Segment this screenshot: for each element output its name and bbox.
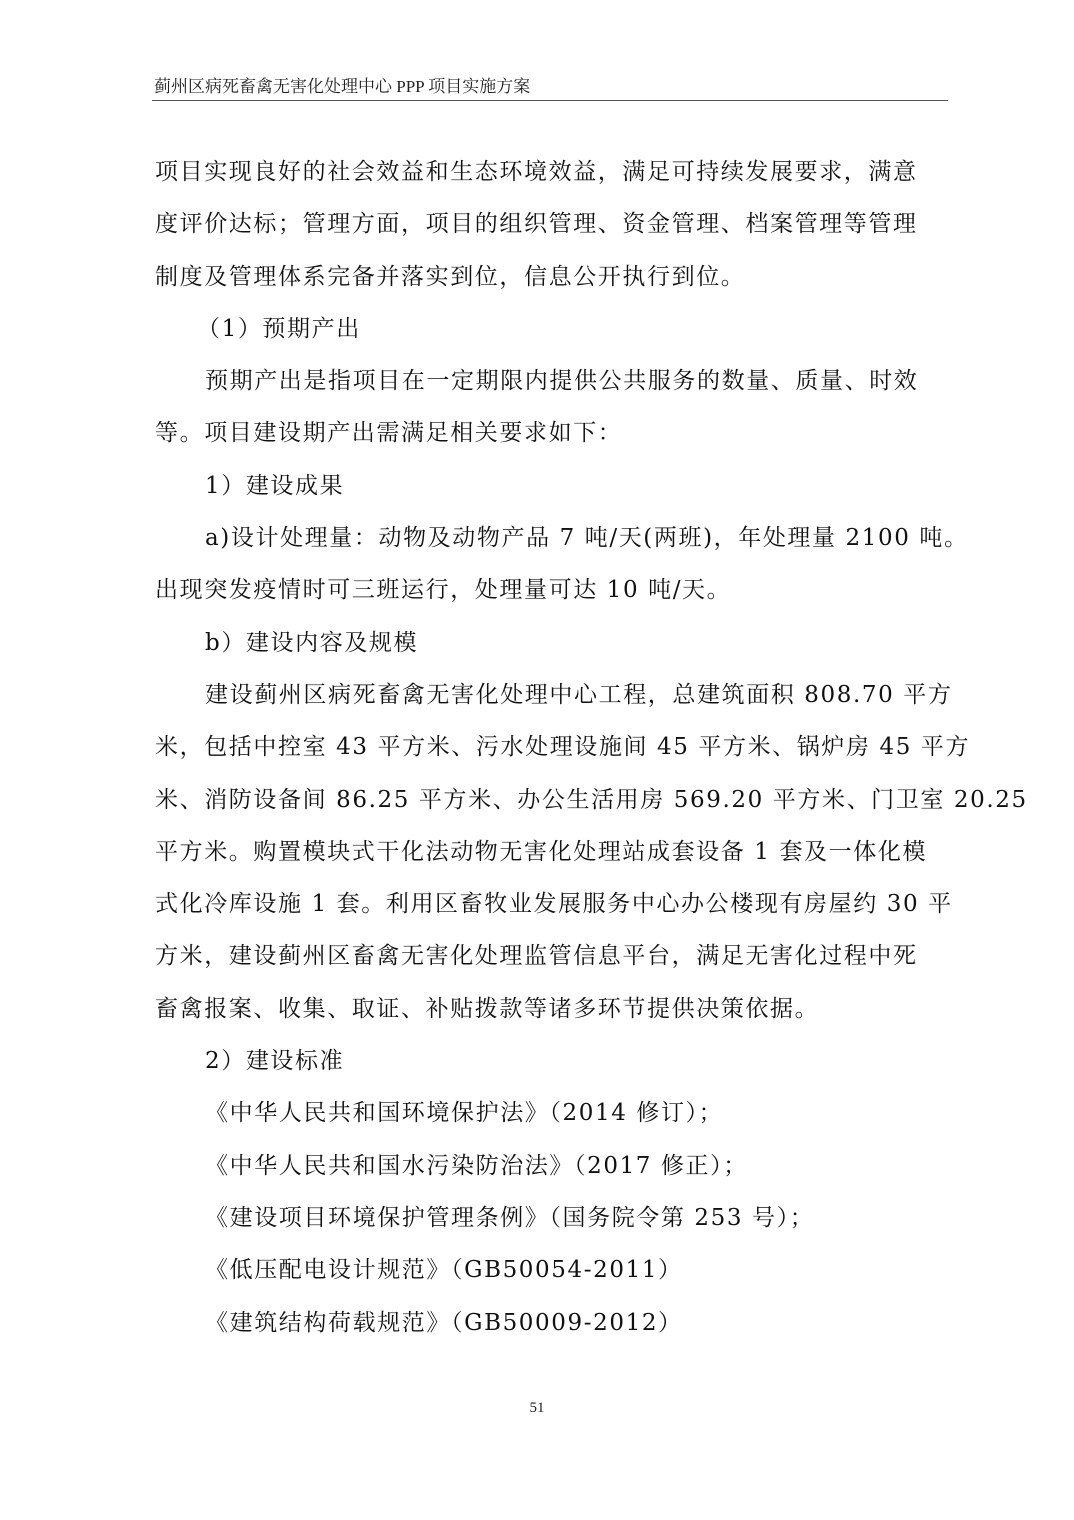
standard-reference: 《建筑结构荷载规范》（GB50009-2012） xyxy=(155,1297,947,1349)
page-number: 51 xyxy=(0,1400,1074,1417)
paragraph-line: 等。项目建设期产出需满足相关要求如下： xyxy=(155,407,947,459)
standard-reference: 《中华人民共和国水污染防治法》（2017 修正）； xyxy=(155,1140,947,1192)
standard-reference: 《建设项目环境保护管理条例》（国务院令第 253 号）； xyxy=(155,1192,947,1244)
section-heading: （1）预期产出 xyxy=(155,303,947,355)
paragraph-line: a)设计处理量：动物及动物产品 7 吨/天(两班)，年处理量 2100 吨。 xyxy=(155,512,947,564)
paragraph-line: 平方米。购置模块式干化法动物无害化处理站成套设备 1 套及一体化模 xyxy=(155,826,947,878)
paragraph-line: 方米，建设蓟州区畜禽无害化处理监管信息平台，满足无害化过程中死 xyxy=(155,930,947,982)
paragraph-line: 出现突发疫情时可三班运行，处理量可达 10 吨/天。 xyxy=(155,564,947,616)
paragraph-line: 米，包括中控室 43 平方米、污水处理设施间 45 平方米、锅炉房 45 平方 xyxy=(155,721,947,773)
paragraph-line: 预期产出是指项目在一定期限内提供公共服务的数量、质量、时效 xyxy=(155,355,947,407)
paragraph-line: 制度及管理体系完备并落实到位，信息公开执行到位。 xyxy=(155,251,947,303)
paragraph-line: 项目实现良好的社会效益和生态环境效益，满足可持续发展要求，满意 xyxy=(155,146,947,198)
paragraph-line: 式化冷库设施 1 套。利用区畜牧业发展服务中心办公楼现有房屋约 30 平 xyxy=(155,878,947,930)
paragraph-line: 米、消防设备间 86.25 平方米、办公生活用房 569.20 平方米、门卫室 … xyxy=(155,774,947,826)
paragraph-line: 度评价达标；管理方面，项目的组织管理、资金管理、档案管理等管理 xyxy=(155,198,947,250)
page-header: 蓟州区病死畜禽无害化处理中心 PPP 项目实施方案 xyxy=(154,76,946,98)
subsection-heading: 2）建设标准 xyxy=(155,1035,947,1087)
subsection-heading: b）建设内容及规模 xyxy=(155,617,947,669)
header-divider xyxy=(152,100,948,101)
paragraph-line: 畜禽报案、收集、取证、补贴拨款等诸多环节提供决策依据。 xyxy=(155,983,947,1035)
standard-reference: 《低压配电设计规范》（GB50054-2011） xyxy=(155,1244,947,1296)
subsection-heading: 1）建设成果 xyxy=(155,460,947,512)
paragraph-line: 建设蓟州区病死畜禽无害化处理中心工程，总建筑面积 808.70 平方 xyxy=(155,669,947,721)
standard-reference: 《中华人民共和国环境保护法》（2014 修订）； xyxy=(155,1087,947,1139)
document-body: 项目实现良好的社会效益和生态环境效益，满足可持续发展要求，满意 度评价达标；管理… xyxy=(155,146,947,1349)
